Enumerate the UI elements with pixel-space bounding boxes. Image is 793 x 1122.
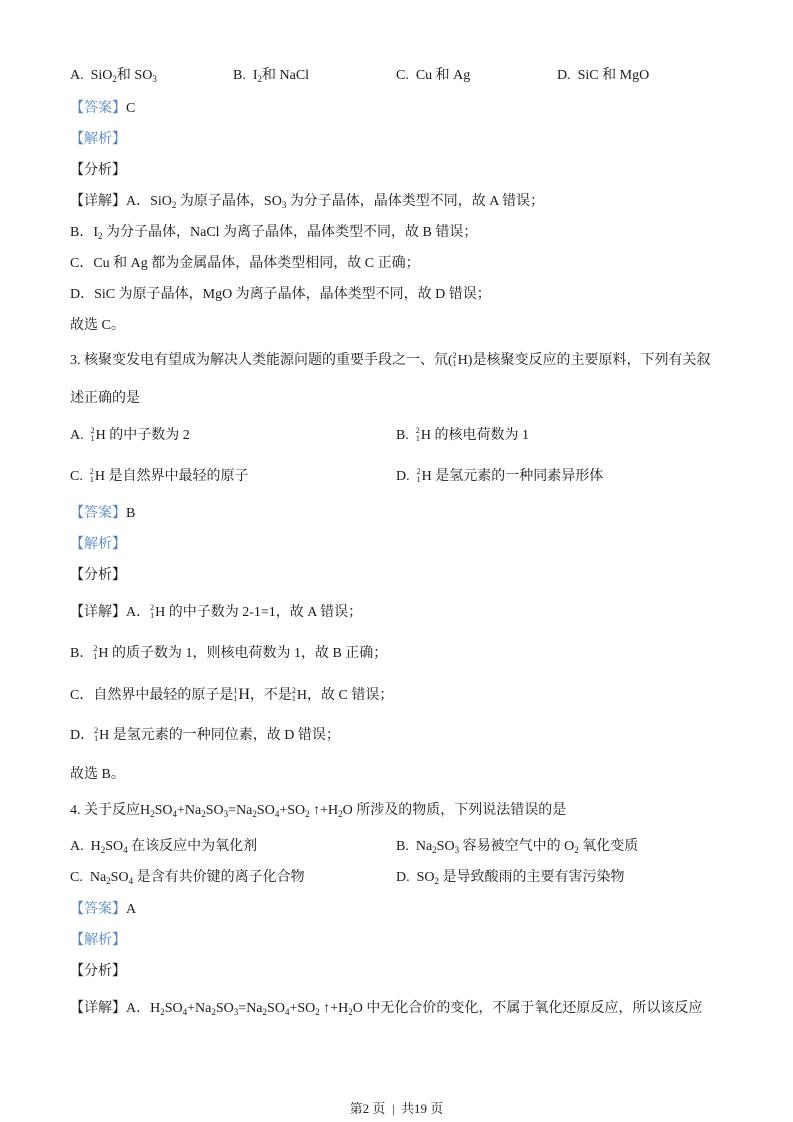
option-letter: D. — [396, 870, 410, 885]
q3-option-a: A. 21H 的中子数为 2 — [70, 427, 190, 445]
element-symbol: H — [95, 469, 105, 484]
detail-text: A．SiO — [126, 194, 172, 209]
page-total: 共19 页 — [401, 1101, 443, 1116]
chemical-equation: H2SO4+Na2SO3=Na2SO4+SO2 ↑+H2O — [150, 1001, 363, 1016]
element-symbol: H — [421, 428, 431, 443]
isotope-notation: 21 — [416, 427, 420, 443]
q4-analysis-label: 【解析】 — [70, 932, 126, 950]
option-letter: D. — [396, 469, 410, 484]
answer-label: 【答案】 — [70, 101, 126, 116]
option-text: H — [91, 839, 101, 854]
eq-text: H — [150, 1001, 160, 1016]
q3-detail-a: 【详解】A．21H 的中子数为 2-1=1，故 A 错误； — [70, 604, 362, 622]
detail-text: A． — [126, 605, 150, 620]
eq-text: O — [343, 803, 353, 818]
option-text: 容易被空气中的 O — [459, 839, 574, 854]
atomic-number: 1 — [292, 695, 296, 703]
eq-text: SO — [155, 803, 173, 818]
detail-text: 为分子晶体，晶体类型不同，故 A 错误； — [286, 194, 544, 209]
detail-text: 是氢元素的一种同位素，故 D 错误； — [109, 728, 340, 743]
page-current: 第2 页 — [350, 1101, 386, 1116]
element-symbol: H — [155, 605, 165, 620]
eq-text: =Na — [238, 1001, 262, 1016]
q3-analysis-label: 【解析】 — [70, 536, 126, 554]
detail-text: B． — [70, 646, 93, 661]
option-letter: B. — [396, 839, 409, 854]
eq-text: SO — [216, 1001, 234, 1016]
option-text: 和 SO — [117, 68, 152, 83]
option-letter: C. — [396, 68, 409, 83]
option-text: 是导致酸雨的主要有害污染物 — [439, 870, 625, 885]
answer-label: 【答案】 — [70, 902, 126, 917]
element-symbol: H — [458, 353, 468, 368]
eq-text: O — [353, 1001, 363, 1016]
subscript: 3 — [152, 74, 157, 84]
option-letter: B. — [233, 68, 246, 83]
q2-detail-b: B．I2 为分子晶体，NaCl 为离子晶体，晶体类型不同，故 B 错误； — [70, 224, 477, 242]
q2-conclusion: 故选 C。 — [70, 317, 125, 335]
answer-value: A — [126, 902, 136, 917]
detail-text: 的质子数为 1，则核电荷数为 1，故 B 正确； — [108, 646, 387, 661]
eq-text: +Na — [177, 803, 201, 818]
detail-text: ，故 C 错误； — [307, 688, 393, 703]
isotope-notation: 21 — [90, 468, 94, 484]
q4-option-d: D. SO2 是导致酸雨的主要有害污染物 — [396, 869, 625, 887]
eq-text: +Na — [187, 1001, 211, 1016]
stem-text: )是核聚变反应的主要原料，下列有关叙 — [468, 353, 711, 368]
q4-answer: 【答案】A — [70, 901, 136, 919]
answer-value: B — [126, 506, 135, 521]
option-text: SiO — [91, 68, 113, 83]
q4-stem: 4. 关于反应H2SO4+Na2SO3=Na2SO4+SO2 ↑+H2O 所涉及… — [70, 802, 566, 820]
eq-text: ↑+H — [310, 803, 339, 818]
q3-detail-d: D．21H 是氢元素的一种同位素，故 D 错误； — [70, 727, 340, 745]
detail-text: 为分子晶体，NaCl 为离子晶体，晶体类型不同，故 B 错误； — [103, 225, 478, 240]
detail-label: 【详解】 — [70, 605, 126, 620]
option-text: SO — [111, 870, 129, 885]
isotope-notation: 21 — [292, 687, 296, 703]
detail-text: C．自然界中最轻的原子是 — [70, 688, 233, 703]
element-symbol: H — [238, 686, 250, 703]
element-symbol: H — [99, 728, 109, 743]
option-letter: A. — [70, 68, 84, 83]
detail-text: A． — [126, 1001, 150, 1016]
option-text: SO — [417, 870, 435, 885]
q3-option-b: B. 21H 的核电荷数为 1 — [396, 427, 529, 445]
q3-detail-b: B．21H 的质子数为 1，则核电荷数为 1，故 B 正确； — [70, 645, 387, 663]
answer-label: 【答案】 — [70, 506, 126, 521]
option-letter: B. — [396, 428, 409, 443]
option-text: 在该反应中为氧化剂 — [128, 839, 258, 854]
option-text: SO — [105, 839, 123, 854]
element-symbol: H — [422, 469, 432, 484]
detail-label: 【详解】 — [70, 1001, 126, 1016]
option-text: 是自然界中最轻的原子 — [105, 469, 249, 484]
q4-option-b: B. Na2SO3 容易被空气中的 O2 氧化变质 — [396, 838, 638, 856]
detail-text: D． — [70, 728, 94, 743]
eq-text: H — [140, 803, 150, 818]
option-letter: A. — [70, 428, 84, 443]
option-text: SiC 和 MgO — [578, 68, 650, 83]
option-text: 是含有共价键的离子化合物 — [133, 870, 305, 885]
isotope-notation: 21 — [91, 427, 95, 443]
atomic-number: 1 — [94, 735, 98, 743]
q2-option-b: B. I2和 NaCl — [233, 67, 309, 85]
option-letter: A. — [70, 839, 84, 854]
answer-value: C — [126, 101, 135, 116]
q2-detail-c: C．Cu 和 Ag 都为金属晶体，晶体类型相同，故 C 正确； — [70, 255, 420, 273]
stem-text: 3. 核聚变发电有望成为解决人类能源问题的重要手段之一、氘( — [70, 353, 453, 368]
q2-option-a: A. SiO2和 SO3 — [70, 67, 157, 85]
eq-text: ↑+H — [320, 1001, 349, 1016]
q3-stem-line2: 述正确的是 — [70, 390, 140, 408]
q3-stem-line1: 3. 核聚变发电有望成为解决人类能源问题的重要手段之一、氘(21H)是核聚变反应… — [70, 352, 710, 370]
option-text: 的核电荷数为 1 — [431, 428, 529, 443]
atomic-number: 1 — [453, 360, 457, 368]
isotope-notation: 21 — [150, 604, 154, 620]
option-text: SO — [437, 839, 455, 854]
option-text: 和 NaCl — [262, 68, 309, 83]
eq-text: SO — [165, 1001, 183, 1016]
isotope-notation: 21 — [93, 645, 97, 661]
eq-text: +SO — [289, 1001, 315, 1016]
eq-text: =Na — [228, 803, 252, 818]
stem-text: 4. 关于反应 — [70, 803, 140, 818]
detail-label: 【详解】 — [70, 194, 126, 209]
eq-text: SO — [267, 1001, 285, 1016]
detail-text: 的中子数为 2-1=1，故 A 错误； — [165, 605, 362, 620]
element-symbol: H — [98, 646, 108, 661]
q3-option-d: D. 21H 是氢元素的一种同素异形体 — [396, 468, 603, 486]
q2-option-d: D. SiC 和 MgO — [557, 67, 649, 85]
q4-option-a: A. H2SO4 在该反应中为氧化剂 — [70, 838, 257, 856]
q3-answer: 【答案】B — [70, 505, 135, 523]
isotope-notation: 21 — [453, 352, 457, 368]
option-letter: C. — [70, 469, 83, 484]
page-separator: | — [392, 1101, 395, 1116]
q3-detail-c: C．自然界中最轻的原子是11H，不是21H，故 C 错误； — [70, 686, 393, 705]
stem-text: 所涉及的物质，下列说法错误的是 — [353, 803, 567, 818]
option-letter: C. — [70, 870, 83, 885]
atomic-number: 1 — [91, 435, 95, 443]
q2-detail-a: 【详解】A．SiO2 为原子晶体，SO3 为分子晶体，晶体类型不同，故 A 错误… — [70, 193, 544, 211]
q2-option-c: C. Cu 和 Ag — [396, 67, 470, 85]
option-text: Na — [416, 839, 432, 854]
q4-option-c: C. Na2SO4 是含有共价键的离子化合物 — [70, 869, 305, 887]
option-text: Na — [90, 870, 106, 885]
detail-text: 为原子晶体，SO — [176, 194, 281, 209]
q2-answer: 【答案】C — [70, 100, 135, 118]
isotope-notation: 21 — [417, 468, 421, 484]
chemical-equation: H2SO4+Na2SO3=Na2SO4+SO2 ↑+H2O — [140, 803, 353, 818]
element-symbol: H — [96, 428, 106, 443]
option-letter: D. — [557, 68, 571, 83]
q3-option-c: C. 21H 是自然界中最轻的原子 — [70, 468, 248, 486]
eq-text: +SO — [279, 803, 305, 818]
page-footer: 第2 页 | 共19 页 — [0, 1098, 793, 1117]
q2-fenxi-label: 【分析】 — [70, 162, 126, 180]
option-text: 的中子数为 2 — [106, 428, 190, 443]
isotope-notation: 21 — [94, 727, 98, 743]
q4-detail-a: 【详解】A．H2SO4+Na2SO3=Na2SO4+SO2 ↑+H2O 中无化合… — [70, 1000, 702, 1018]
atomic-number: 1 — [416, 435, 420, 443]
q2-analysis-label: 【解析】 — [70, 131, 126, 149]
atomic-number: 1 — [233, 695, 237, 703]
detail-text: B．I — [70, 225, 98, 240]
eq-text: SO — [206, 803, 224, 818]
atomic-number: 1 — [93, 653, 97, 661]
q3-conclusion: 故选 B。 — [70, 766, 125, 784]
q2-detail-d: D．SiC 为原子晶体，MgO 为离子晶体，晶体类型不同，故 D 错误； — [70, 286, 491, 304]
option-text: 是氢元素的一种同素异形体 — [432, 469, 604, 484]
atomic-number: 1 — [150, 612, 154, 620]
atomic-number: 1 — [417, 476, 421, 484]
detail-text: ，不是 — [250, 688, 292, 703]
detail-text: 中无化合价的变化，不属于氧化还原反应，所以该反应 — [363, 1001, 703, 1016]
isotope-notation: 11 — [233, 687, 237, 703]
option-text: 氧化变质 — [579, 839, 639, 854]
q4-fenxi-label: 【分析】 — [70, 963, 126, 981]
element-symbol: H — [297, 688, 307, 703]
option-text: Cu 和 Ag — [416, 68, 470, 83]
eq-text: SO — [257, 803, 275, 818]
atomic-number: 1 — [90, 476, 94, 484]
q3-fenxi-label: 【分析】 — [70, 567, 126, 585]
